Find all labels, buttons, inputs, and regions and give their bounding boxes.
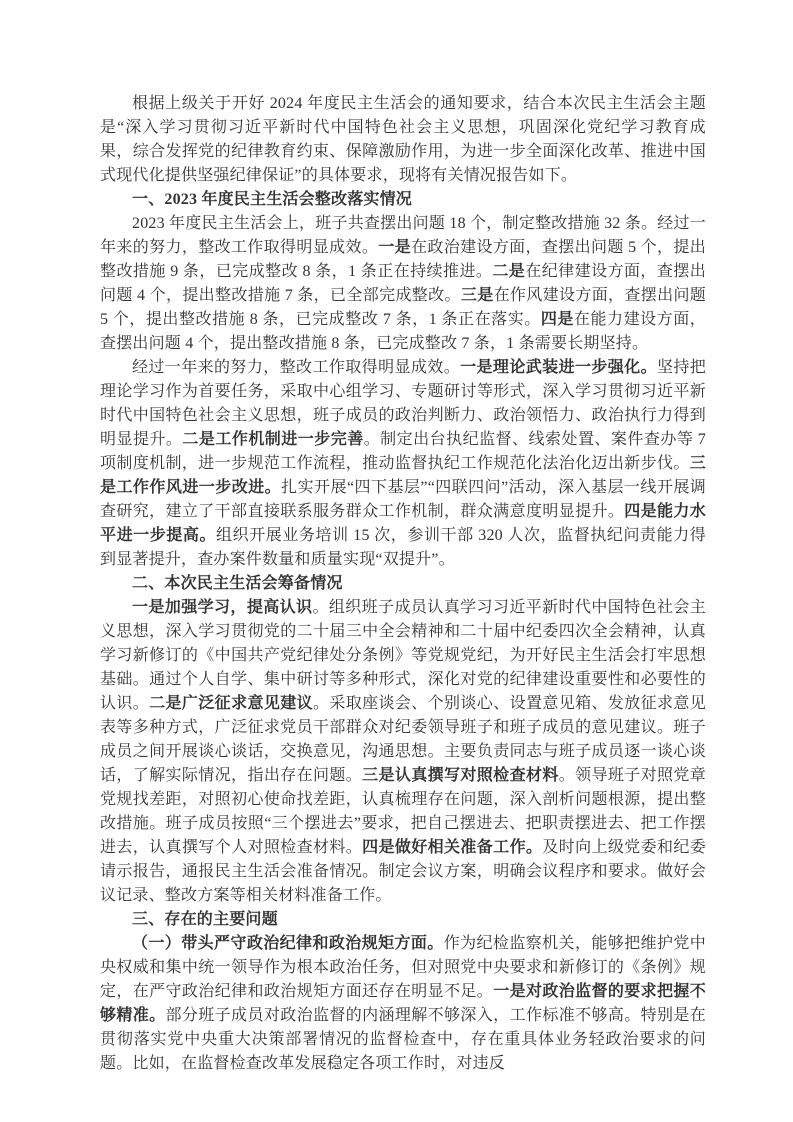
paragraph: 2023 年度民主生活会上，班子共查摆出问题 18 个，制定整改措施 32 条。… [100,212,706,356]
text-run: 根据上级关于开好 2024 年度民主生活会的通知要求，结合本次民主生活会主题是“… [100,95,706,184]
paragraph: 经过一年来的努力，整改工作取得明显成效。一是理论武装进一步强化。坚持把理论学习作… [100,356,706,572]
section-heading: 三、存在的主要问题 [100,908,706,932]
text-run: 三是 [461,287,494,304]
document-body: 根据上级关于开好 2024 年度民主生活会的通知要求，结合本次民主生活会主题是“… [100,92,706,1076]
paragraph: 一是加强学习，提高认识。组织班子成员认真学习习近平新时代中国特色社会主义思想，深… [100,596,706,908]
paragraph: （一）带头严守政治纪律和政治规矩方面。作为纪检监察机关，能够把维护党中央权威和集… [100,932,706,1076]
text-run: 二是 [492,263,525,280]
text-run: 三是认真撰写对照检查材料 [362,767,559,784]
text-run: 一是 [378,239,411,256]
text-run: 一是理论武装进一步强化。 [460,359,657,376]
section-heading: 一、2023 年度民主生活会整改落实情况 [100,188,706,212]
text-run: （一）带头严守政治纪律和政治规矩方面。 [132,935,444,952]
text-run: 二是广泛征求意见建议 [149,695,313,712]
text-run: 二是工作机制进一步完善 [182,431,363,448]
text-run: 经过一年来的努力，整改工作取得明显成效。 [132,359,460,376]
section-heading: 二、本次民主生活会筹备情况 [100,572,706,596]
paragraph: 根据上级关于开好 2024 年度民主生活会的通知要求，结合本次民主生活会主题是“… [100,92,706,188]
text-run: 四是 [541,311,574,328]
text-run: 三、存在的主要问题 [132,911,278,928]
text-run: 一、2023 年度民主生活会整改落实情况 [132,191,412,208]
text-run: 一是加强学习，提高认识 [132,599,312,616]
text-run: 二、本次民主生活会筹备情况 [132,575,343,592]
text-run: 四是做好相关准备工作。 [362,839,542,856]
text-run: 部分班子成员对政治监督的内涵理解不够深入，工作标准不够高。特别是在贯彻落实党中央… [100,1007,706,1072]
document-page: 根据上级关于开好 2024 年度民主生活会的通知要求，结合本次民主生活会主题是“… [0,0,793,1122]
